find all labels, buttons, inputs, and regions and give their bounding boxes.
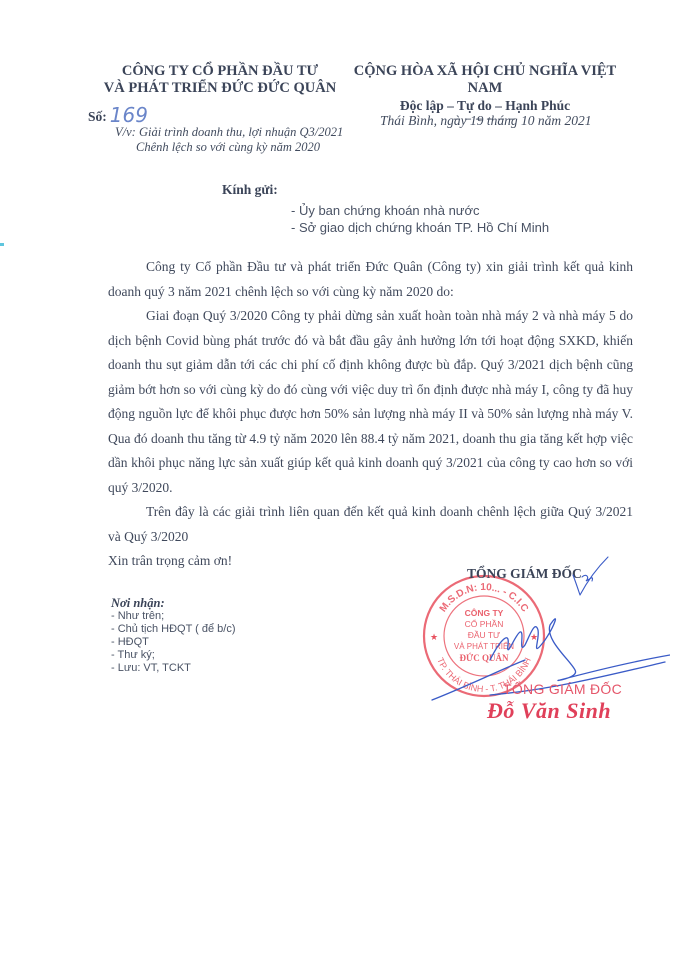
document-number: Số:169 [88,102,148,126]
doc-number-label: Số: [88,109,107,124]
place-date: Thái Bình, ngày 19 tháng 10 năm 2021 [380,113,592,129]
signatory-title: TỔNG GIÁM ĐỐC [467,566,582,582]
subject-line2: Chênh lệch so với cùng kỳ năm 2020 [115,140,343,155]
initial-mark-icon [570,555,610,600]
body-paragraph: Công ty Cổ phần Đầu tư và phát triển Đức… [108,255,633,304]
margin-mark [0,243,4,246]
document-subject: V/v: Giải trình doanh thu, lợi nhuận Q3/… [115,125,343,155]
addressee-item: - Sở giao dịch chứng khoán TP. Hồ Chí Mi… [291,219,549,236]
subject-line1: V/v: Giải trình doanh thu, lợi nhuận Q3/… [115,125,343,140]
letter-body: Công ty Cổ phần Đầu tư và phát triển Đức… [108,255,633,574]
recipient-item: - Thư ký; [111,649,236,662]
addressee-label: Kính gửi: [222,182,278,198]
body-paragraph: Trên đây là các giải trình liên quan đến… [108,500,633,549]
recipients-block: Nơi nhận: - Như trên; - Chủ tịch HĐQT ( … [111,597,236,675]
company-name-line2: VÀ PHÁT TRIỂN ĐỨC ĐỨC QUÂN [95,80,345,97]
nation-title: CỘNG HÒA XÃ HỘI CHỦ NGHĨA VIỆT NAM [335,63,635,97]
recipient-item: - Như trên; [111,610,236,623]
stamp-title: TỔNG GIÁM ĐỐC [503,681,622,697]
recipient-item: - Lưu: VT, TCKT [111,662,236,675]
body-paragraph: Giai đoạn Quý 3/2020 Công ty phải dừng s… [108,304,633,500]
recipients-title: Nơi nhận: [111,597,236,610]
addressee-list: - Ủy ban chứng khoán nhà nước - Sở giao … [291,202,549,236]
company-header: CÔNG TY CỔ PHẦN ĐẦU TƯ VÀ PHÁT TRIỂN ĐỨC… [95,63,345,97]
signer-name: Đỗ Văn Sinh [487,698,611,724]
company-name-line1: CÔNG TY CỔ PHẦN ĐẦU TƯ [95,63,345,80]
addressee-item: - Ủy ban chứng khoán nhà nước [291,202,549,219]
doc-number-value: 169 [110,103,148,127]
recipient-item: - Chủ tịch HĐQT ( để b/c) [111,623,236,636]
recipient-item: - HĐQT [111,636,236,649]
